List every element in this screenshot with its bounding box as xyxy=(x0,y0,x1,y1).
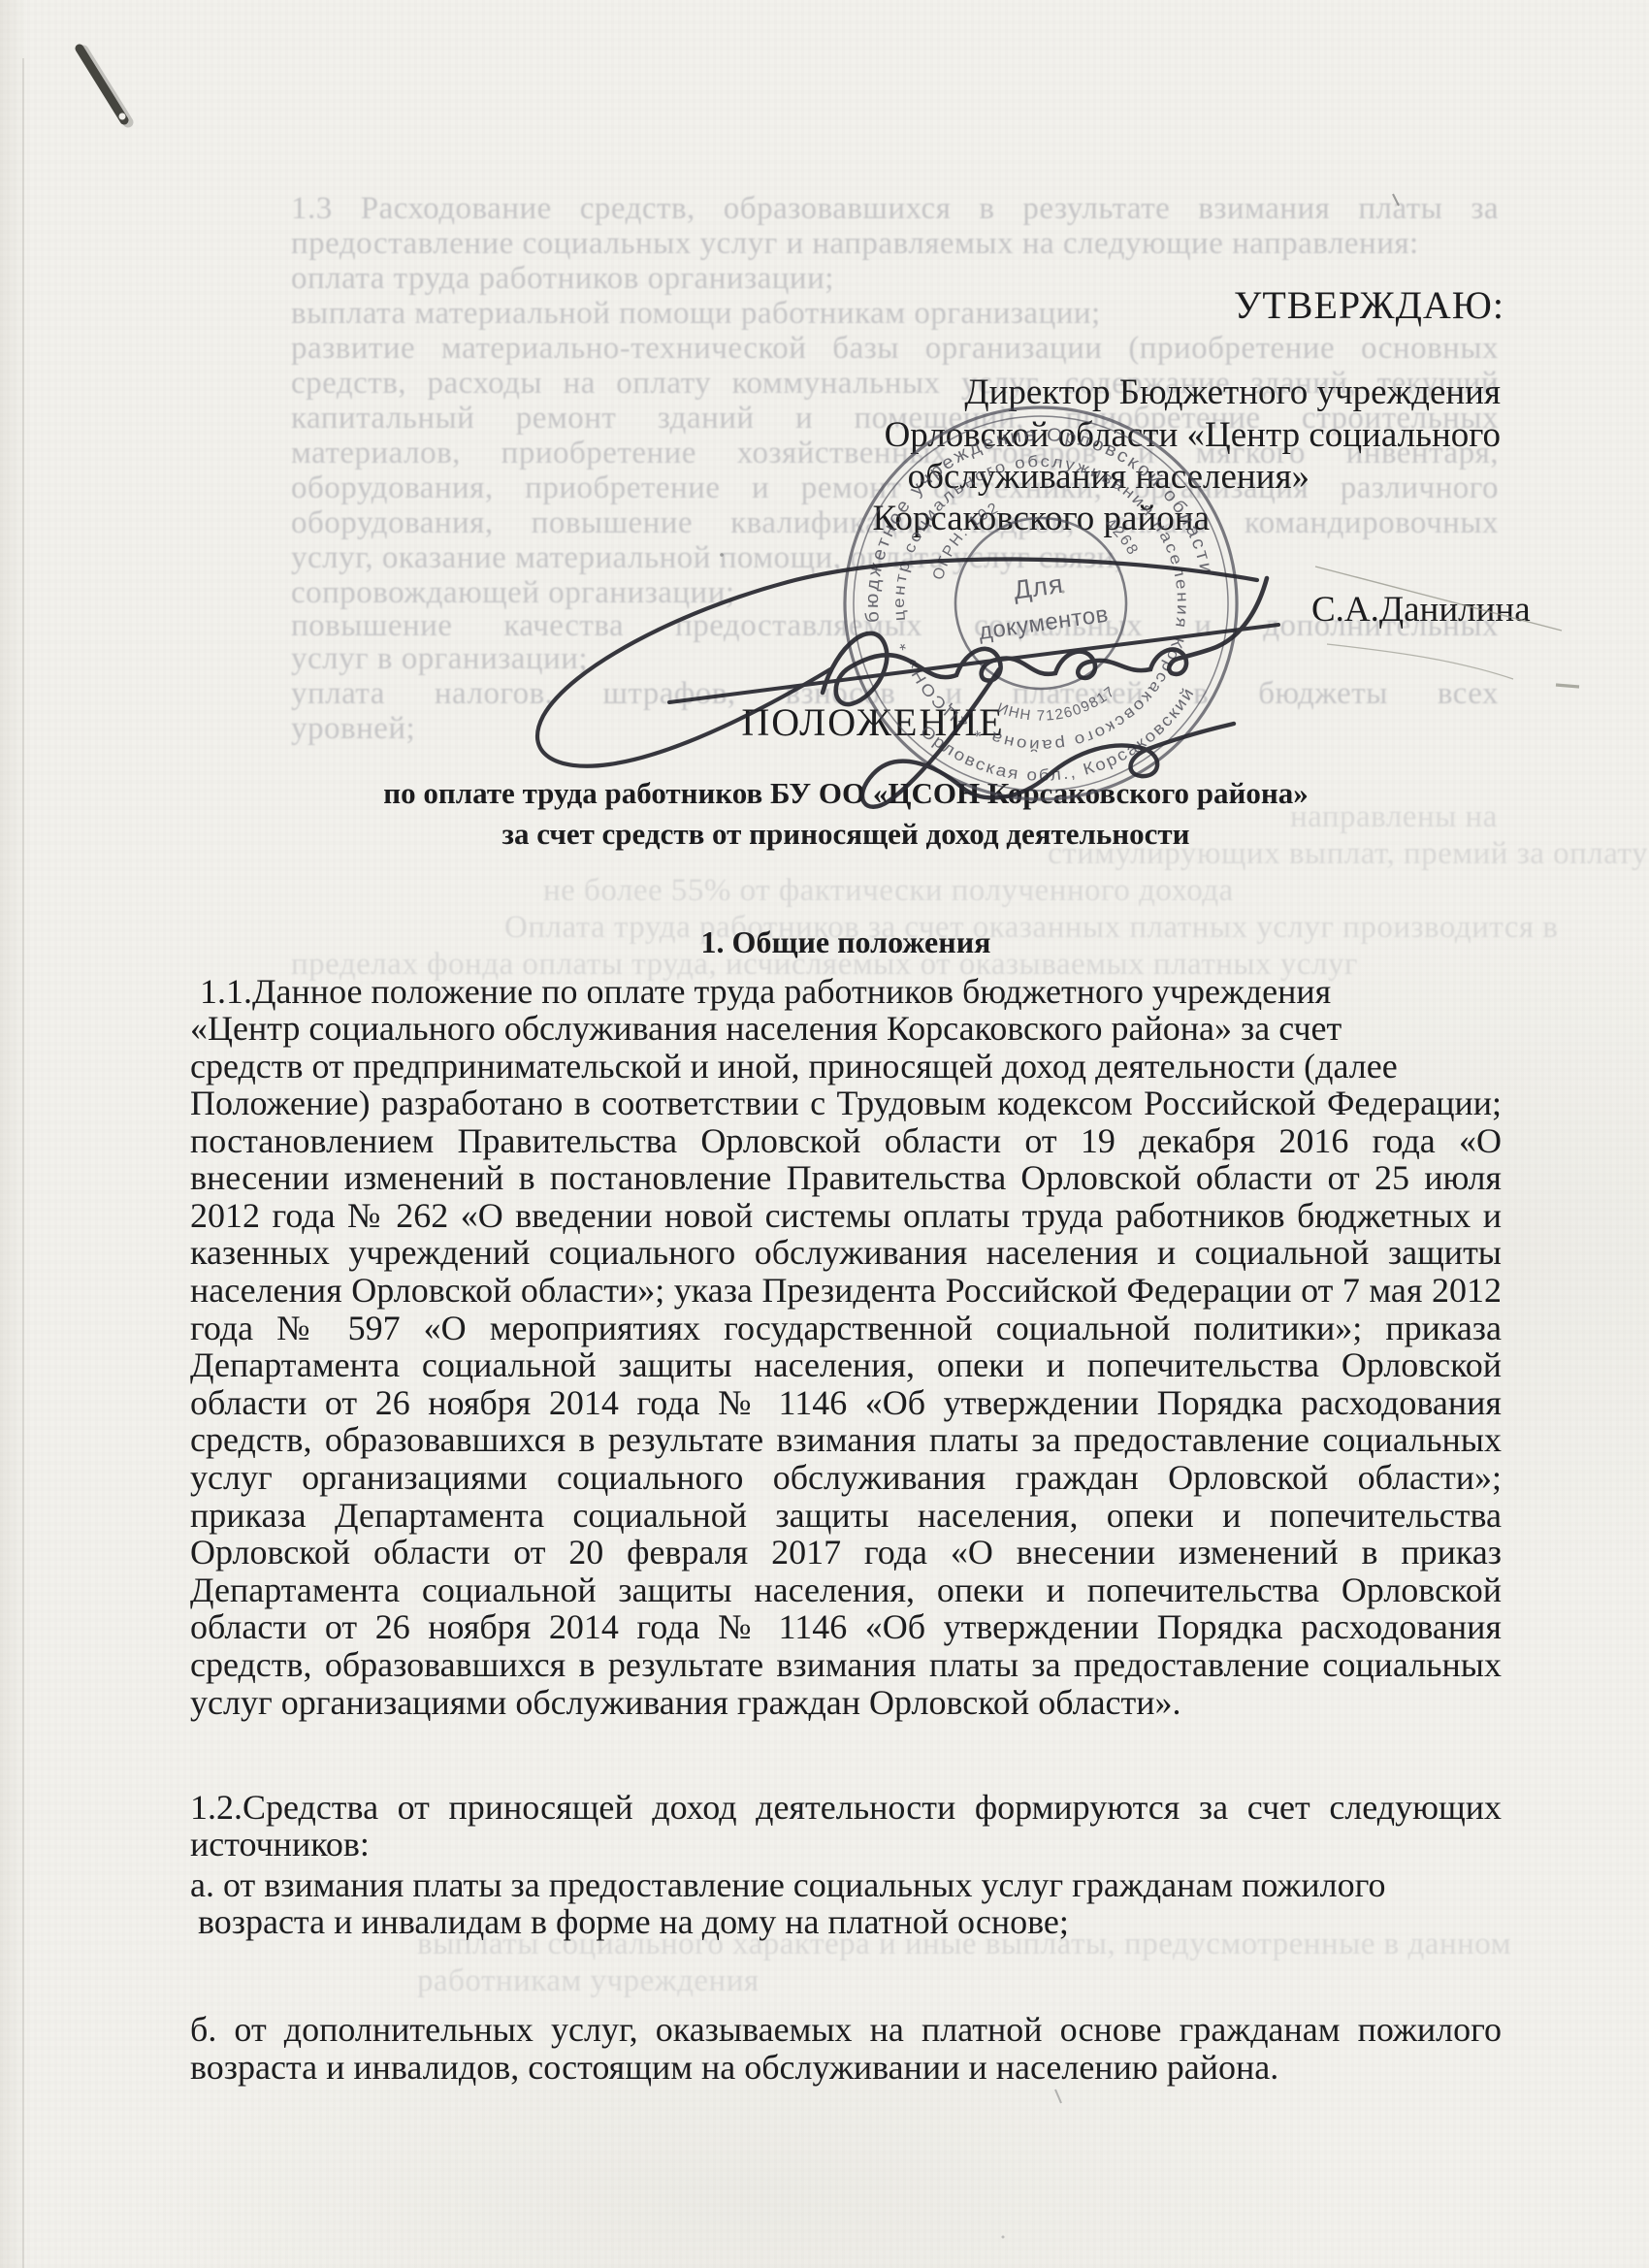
document-subtitle-line: за счет средств от приносящей доход деят… xyxy=(190,817,1502,852)
list-item-b: б. от дополнительных услуг, оказываемых … xyxy=(190,2011,1502,2086)
paragraph-1-2-line: источников: xyxy=(190,1826,1509,1863)
document-subtitle-line: по оплате труда работников БУ ОО «ЦСОН К… xyxy=(190,776,1502,811)
approver-line: Директор Бюджетного учреждения xyxy=(0,372,1501,413)
approver-line: обслуживания населения» xyxy=(0,456,1309,498)
approver-line: Корсаковского района xyxy=(0,498,1210,539)
approve-label: УТВЕРЖДАЮ: xyxy=(0,282,1504,328)
paragraph-1-1-line: средств от предпринимательской и иной, п… xyxy=(190,1048,1509,1085)
paragraph-1-1-line: «Центр социального обслуживания населени… xyxy=(190,1010,1509,1048)
list-item-a-line: а. от взимания платы за предоставление с… xyxy=(190,1866,1509,1904)
list-item-a-line: возраста и инвалидам в форме на дому на … xyxy=(190,1903,1517,1941)
paragraph-1-2-line: 1.2.Средства от приносящей доход деятель… xyxy=(190,1789,1502,1827)
approver-line: Орловской области «Центр социального xyxy=(0,414,1501,456)
section-heading: 1. Общие положения xyxy=(190,924,1502,960)
paragraph-1-1-line: 1.1.Данное положение по оплате труда раб… xyxy=(190,973,1519,1011)
document-title: ПОЛОЖЕНИЕ xyxy=(582,699,1164,745)
print-layer: УТВЕРЖДАЮ: Директор Бюджетного учреждени… xyxy=(0,0,1649,2268)
scanned-document-page: 1.3 Расходование средств, образовавшихся… xyxy=(0,0,1649,2268)
paragraph-1-1-body: Положение) разработано в соответствии с … xyxy=(190,1085,1502,1721)
signature-name: С.А.Данилина xyxy=(1311,589,1531,631)
